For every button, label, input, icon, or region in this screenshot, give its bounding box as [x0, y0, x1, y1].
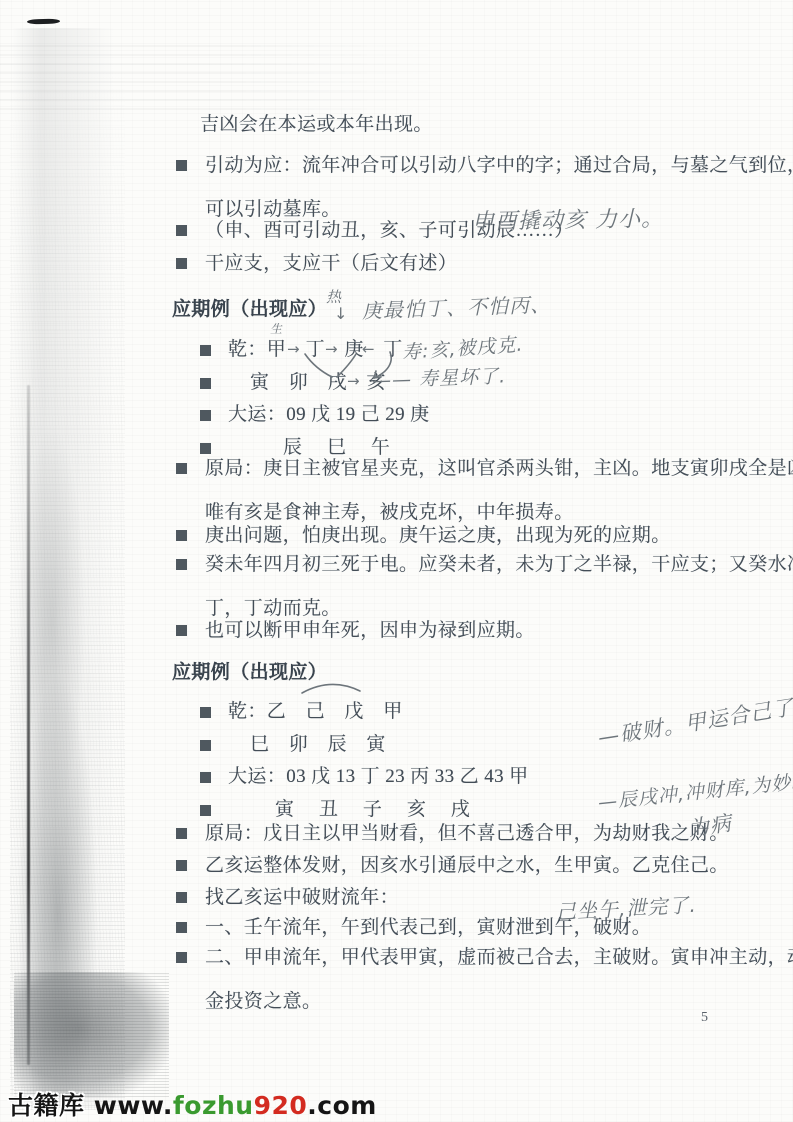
bullet-square [176, 530, 187, 541]
bottom-left-smudge [14, 972, 169, 1097]
section2-luck-pillars: 大运：03 戊 13 丁 23 丙 33 乙 43 甲 [228, 764, 529, 790]
scanned-document-page: 吉凶会在本运或本年出现。 引动为应：流年冲合可以引动八字中的字；通过合局，与墓之… [0, 0, 793, 1122]
page-number: 5 [701, 1010, 708, 1026]
bullet-square [200, 410, 211, 421]
bullet-square [200, 707, 211, 718]
bullet-square [176, 559, 187, 570]
watermark-site: fozhu [173, 1091, 254, 1120]
section2-branches-row: 巳 卯 辰 寅 [250, 732, 386, 758]
section2-luck-branches: 寅 丑 子 亥 戌 [275, 797, 470, 823]
bullet-square [176, 828, 187, 839]
handwriting-shou-note: 寿:亥,被戌克. [401, 330, 524, 365]
watermark-number: 920 [254, 1091, 308, 1120]
paragraph-intro: 吉凶会在本运或本年出现。 [200, 112, 433, 138]
handwriting-geng-note: 庚最怕丁、不怕丙、 [361, 288, 551, 324]
watermark: 古籍库 www.fozhu920.com [8, 1086, 377, 1122]
handwriting-sheng-mark: 生 [270, 320, 283, 337]
bullet-ganyingzhi: 干应支，支应干（后文有述） [205, 251, 457, 277]
watermark-tld: .com [307, 1091, 377, 1120]
watermark-www: www. [85, 1091, 173, 1120]
bullet-square [176, 225, 187, 236]
handwriting-weibing-note: 为病 [686, 807, 734, 843]
bullet-yihai: 乙亥运整体发财，因亥水引通辰中之水，生甲寅。乙克住己。 [205, 853, 729, 879]
bullet-jiashen2-line1: 二、甲申流年，甲代表甲寅，虚而被己合去，主破财。寅申冲主动，动资 [205, 945, 793, 971]
bullet-square [176, 463, 187, 474]
bullet-jiashen2-line2: 金投资之意。 [205, 989, 321, 1015]
bullet-gengchu: 庚出问题，怕庚出现。庚午运之庚，出现为死的应期。 [205, 523, 671, 549]
handwriting-shenyou-note: 申酉撬动亥 力小。 [472, 202, 665, 236]
right-arrow-icon: → [347, 372, 361, 390]
bullet-square [176, 922, 187, 933]
handwriting-chenxu-note: —辰戌冲,冲财库,为妙。 [597, 766, 793, 815]
bullet-square [176, 625, 187, 636]
handwriting-jizuo-note: 己坐午,泄完了. [555, 889, 697, 925]
bullet-square [200, 443, 211, 454]
handwriting-pocai-note: —破财。甲运合己了。财根动了。 [596, 671, 793, 752]
bullet-square [200, 378, 211, 389]
bullet-square [176, 160, 187, 171]
section1-title: 应期例（出现应） [172, 297, 327, 323]
section2-stems-row: 乾：乙 己 戊 甲 [228, 699, 403, 725]
top-scan-noise [0, 40, 440, 110]
handwriting-arc-over-ji-wu [298, 680, 364, 696]
bullet-yuanju1-line1: 原局：庚日主被官星夹克，这叫官杀两头钳，主凶。地支寅卯戌全是凶神， [205, 456, 793, 482]
down-arrow-icon: ↓ [334, 304, 348, 323]
bullet-jiashen: 也可以断甲申年死，因申为禄到应期。 [205, 618, 535, 644]
bullet-yuanju2: 原局：戊日主以甲当财看，但不喜己透合甲，为劫财我之财。 [205, 821, 729, 847]
handwriting-shouxing-note: —— 寿星坏了. [372, 361, 507, 393]
bullet-zhaoliunian: 找乙亥运中破财流年： [205, 885, 399, 911]
bullet-yindong-line1: 引动为应：流年冲合可以引动八字中的字；通过合局，与墓之气到位，还 [205, 153, 793, 179]
bullet-guiwei-line1: 癸未年四月初三死于电。应癸未者，未为丁之半禄，干应支；又癸水冲起 [205, 552, 793, 578]
section1-luck-pillars: 大运：09 戊 19 己 29 庚 [228, 402, 430, 428]
bullet-square [176, 860, 187, 871]
bullet-square [176, 892, 187, 903]
bullet-square [176, 258, 187, 269]
bullet-square [200, 345, 211, 356]
spine-crease-line [27, 385, 30, 1065]
bullet-square [200, 740, 211, 751]
bullet-square [200, 772, 211, 783]
watermark-library-name: 古籍库 [8, 1091, 85, 1120]
bullet-square [176, 952, 187, 963]
bullet-square [200, 805, 211, 816]
top-left-ink-mark [27, 19, 60, 25]
